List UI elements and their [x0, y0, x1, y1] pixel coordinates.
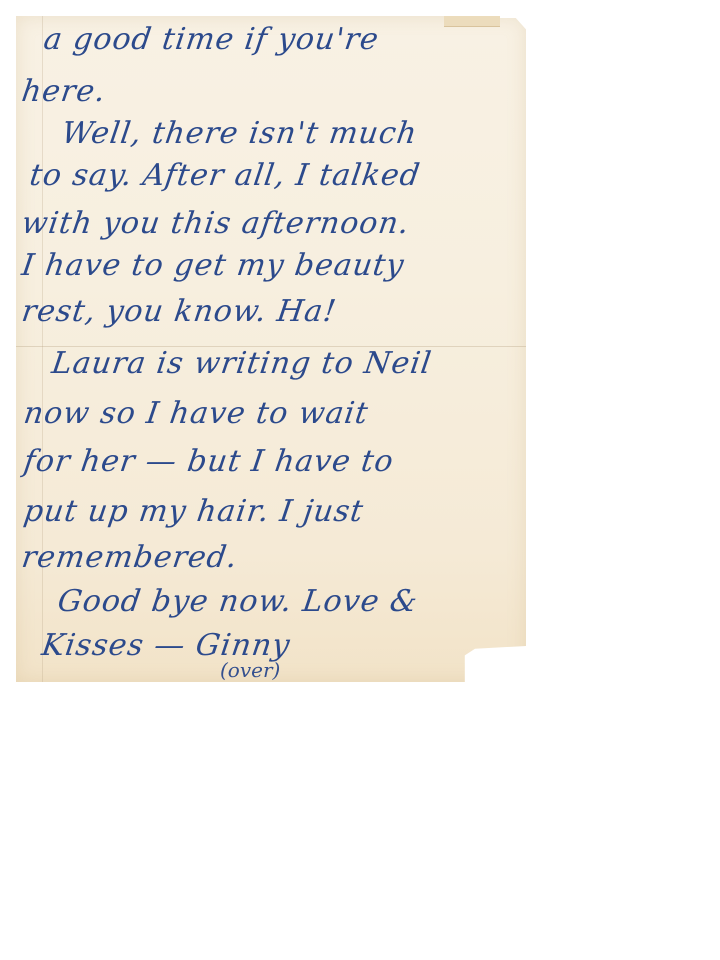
letter-line: rest, you know. Ha!	[20, 294, 339, 329]
letter-line: for her — but I have to	[22, 444, 397, 479]
letter-line: to say. After all, I talked	[28, 158, 423, 193]
letter-line: a good time if you're	[42, 22, 382, 57]
letter-line: put up my hair. I just	[22, 494, 366, 529]
over-note: (over)	[220, 658, 280, 682]
letter-line: Laura is writing to Neil	[50, 346, 435, 381]
letter-line: remembered.	[20, 540, 240, 575]
handwritten-letter: a good time if you're here. Well, there …	[16, 16, 526, 682]
letter-line: now so I have to wait	[22, 396, 371, 431]
letter-line: here.	[20, 74, 109, 109]
letter-line: Good bye now. Love &	[56, 584, 421, 619]
letter-line: I have to get my beauty	[20, 248, 407, 283]
letter-line: Well, there isn't much	[60, 116, 420, 151]
scanned-page: a good time if you're here. Well, there …	[0, 0, 720, 960]
letter-line: with you this afternoon.	[20, 206, 412, 241]
